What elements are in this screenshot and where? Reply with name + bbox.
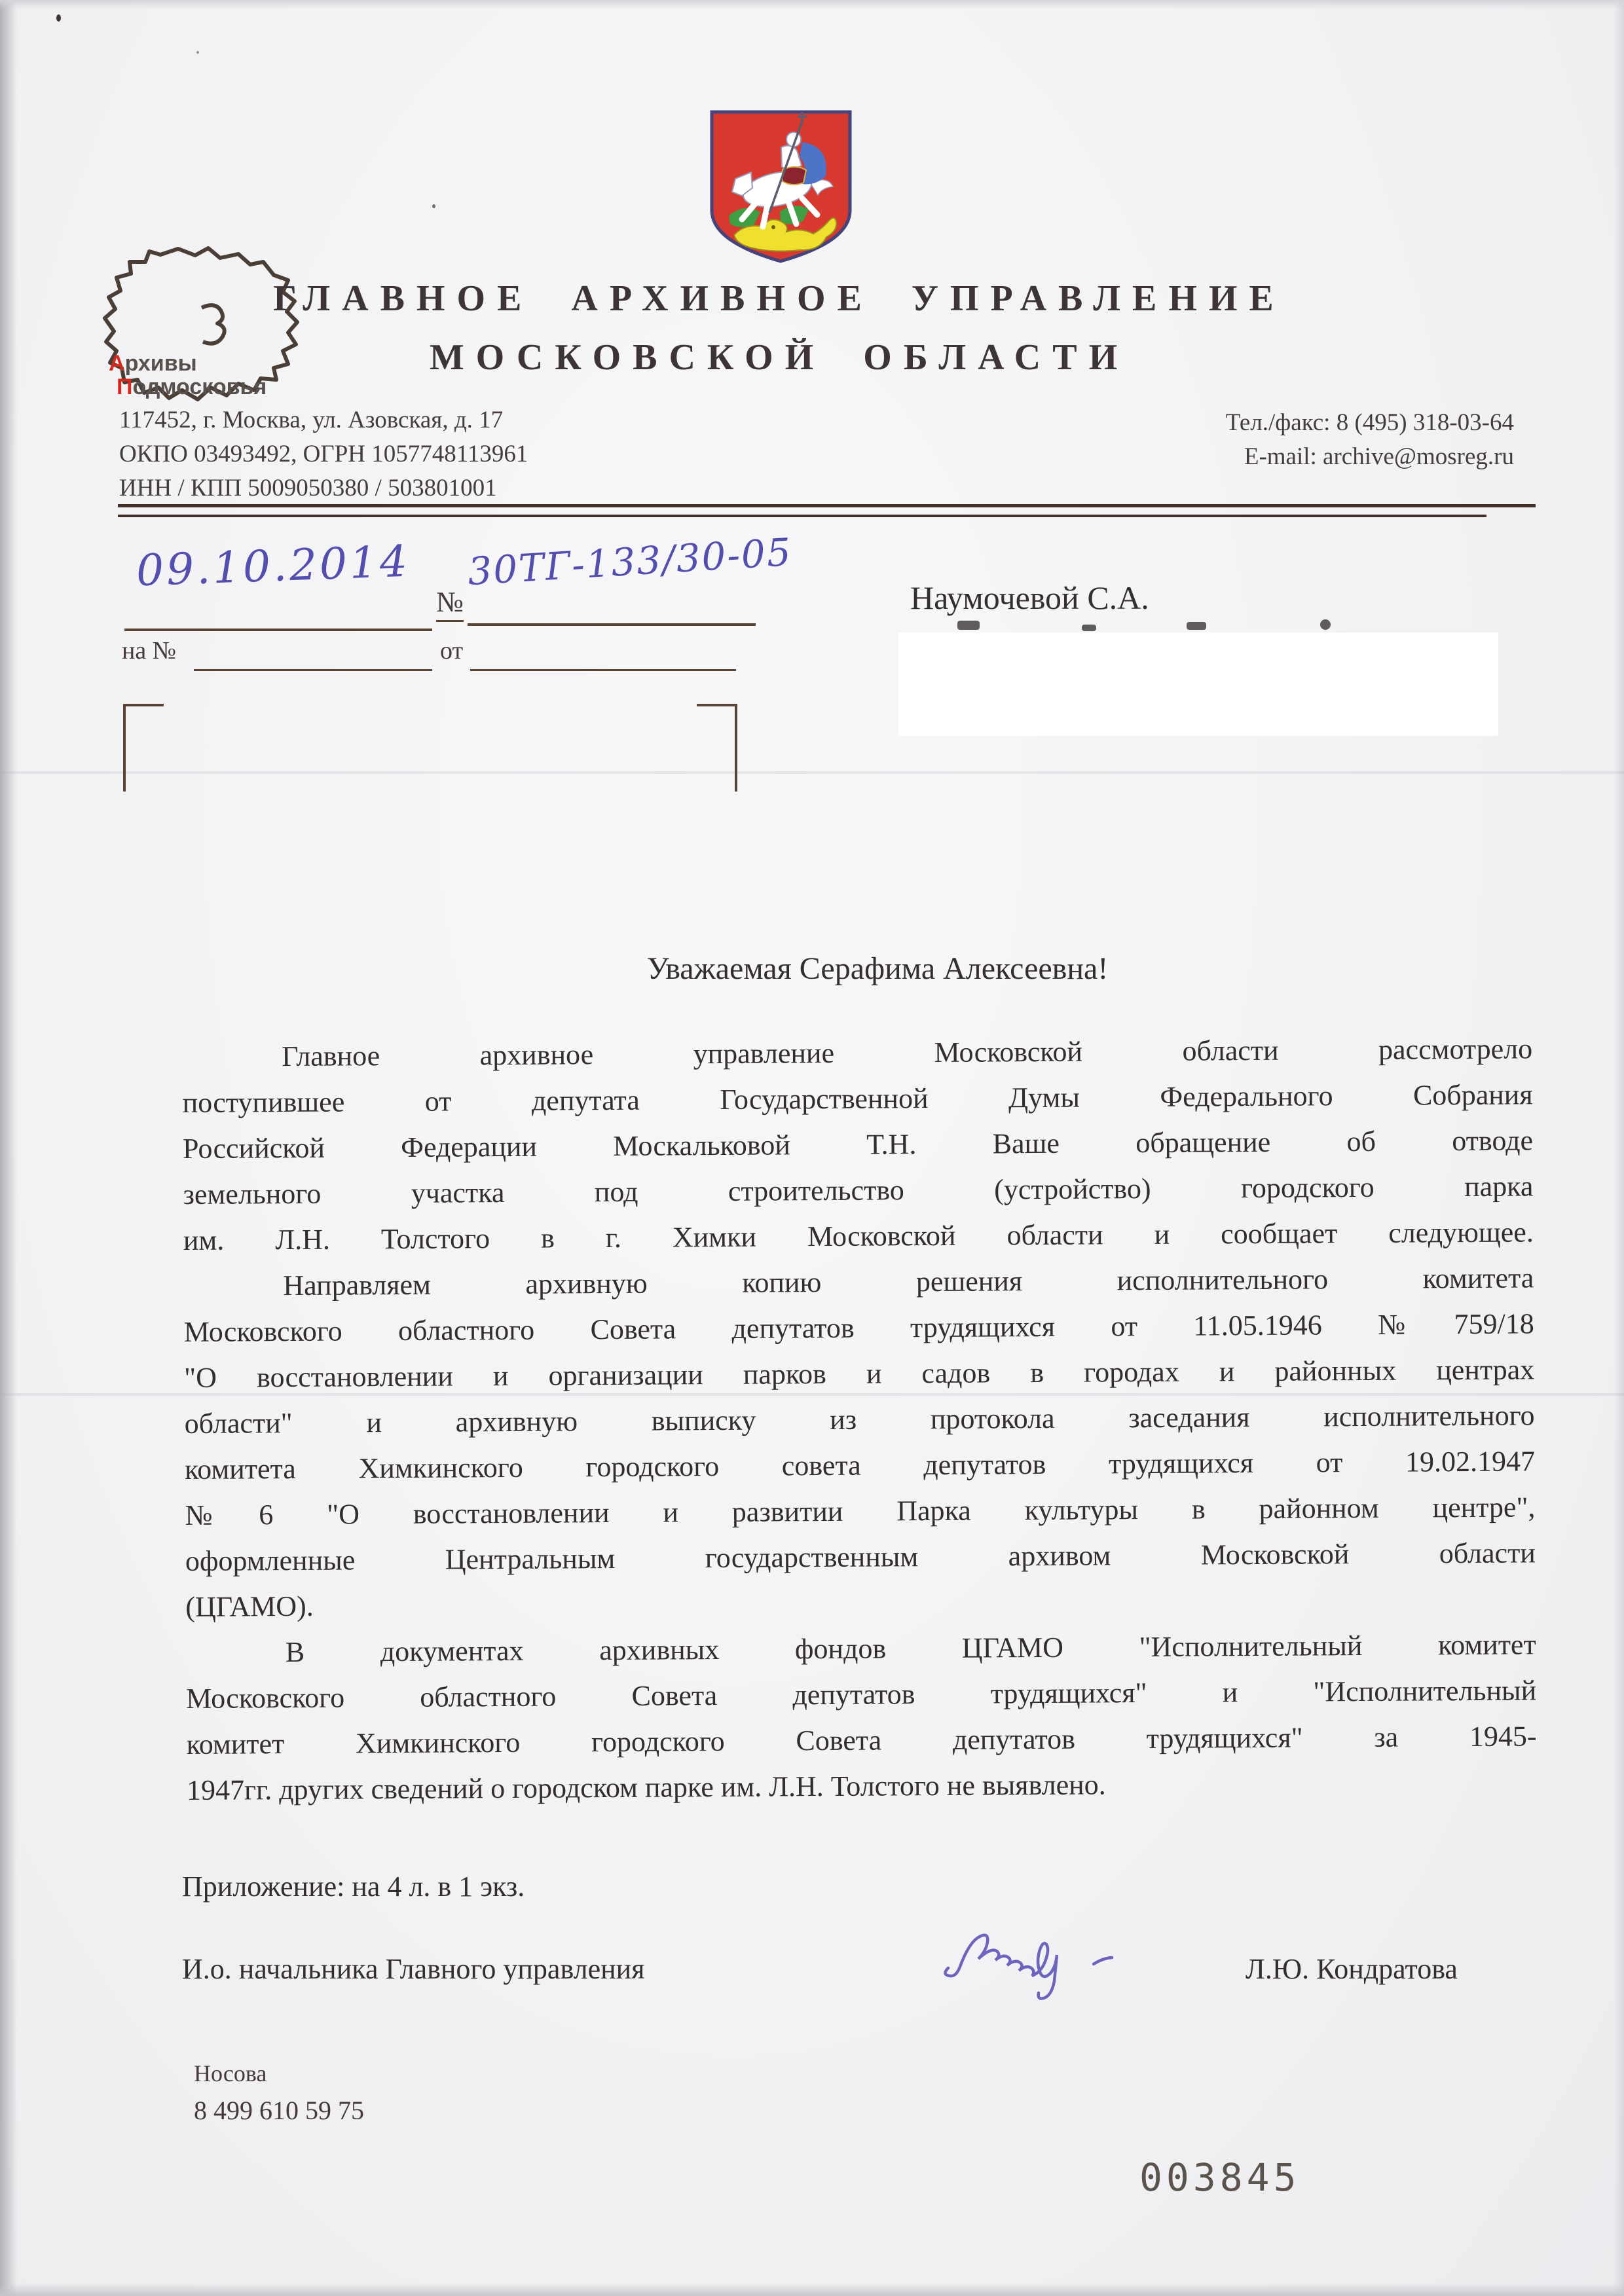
number-underline — [468, 623, 756, 626]
body-line: им. Л.Н. Толстого в г. Химки Московской … — [183, 1209, 1534, 1264]
body-line: комитета Химкинского городского совета д… — [185, 1438, 1535, 1493]
body-line: земельного участка под строительство (ус… — [183, 1163, 1533, 1218]
redaction-box — [898, 632, 1498, 736]
email-line: E-mail: archive@mosreg.ru — [982, 440, 1514, 474]
redacted-text-fragment — [1320, 619, 1331, 630]
scan-edge-shadow-top — [0, 0, 1624, 9]
stamp-number: 003845 — [1139, 2155, 1301, 2200]
body-line: области" и архивную выписку из протокола… — [184, 1393, 1534, 1447]
letter-body: Главное архивное управление Московской о… — [182, 1026, 1537, 1813]
coat-of-arms-icon — [704, 107, 858, 265]
redacted-text-fragment — [1187, 622, 1206, 630]
in-reply-to-label: на № — [122, 636, 176, 665]
body-line: Российской Федерации Москальковой Т.Н. В… — [183, 1118, 1533, 1172]
body-line: Направляем архивную копию решения исполн… — [183, 1255, 1534, 1309]
logo-word-archives: Архивы — [109, 352, 197, 374]
body-line: Московского областного Совета депутатов … — [184, 1301, 1534, 1355]
body-line: поступившее от депутата Государственной … — [182, 1072, 1532, 1126]
scan-edge-shadow-bottom — [0, 2283, 1624, 2296]
body-line: комитет Химкинского городского Совета де… — [186, 1713, 1536, 1768]
body-line: В документах архивных фондов ЦГАМО "Испо… — [186, 1622, 1536, 1676]
signer-title: И.о. начальника Главного управления — [182, 1952, 644, 1986]
address-line: 117452, г. Москва, ул. Азовская, д. 17 — [119, 403, 528, 437]
salutation: Уважаемая Серафима Алексеевна! — [367, 951, 1388, 987]
executor-name: Носова — [194, 2060, 267, 2087]
body-line: Московского областного Совета депутатов … — [186, 1667, 1536, 1722]
org-name-line2: МОСКОВСКОЙ ОБЛАСТИ — [236, 337, 1323, 378]
body-line: оформленные Центральным государственным … — [185, 1530, 1536, 1584]
body-line: Главное архивное управление Московской о… — [182, 1026, 1532, 1080]
executor-phone: 8 499 610 59 75 — [194, 2095, 364, 2126]
address-line: ИНН / КПП 5009050380 / 503801001 — [119, 471, 528, 505]
scan-edge-shadow-right — [1614, 0, 1624, 2296]
recipient-name: Наумочевой С.А. — [910, 579, 1149, 617]
scan-speck — [432, 204, 435, 208]
body-line: 1947гг. других сведений о городском парк… — [187, 1759, 1537, 1813]
scanned-letter-page: Архивы Подмосковья ГЛАВНОЕ АРХИВНОЕ УПРА… — [0, 0, 1624, 2296]
paper-fold-crease — [0, 771, 1624, 774]
scan-speck — [56, 14, 61, 22]
signer-name: Л.Ю. Кондратова — [1246, 1952, 1458, 1986]
header-rule-top — [118, 504, 1536, 507]
org-contact-block: Тел./факс: 8 (495) 318-03-64 E-mail: arc… — [982, 406, 1514, 474]
phone-line: Тел./факс: 8 (495) 318-03-64 — [982, 406, 1514, 440]
handwritten-signature-icon — [936, 1917, 1139, 2002]
logo-initial: А — [109, 351, 125, 376]
address-line: ОКПО 03493492, ОГРН 1057748113961 — [119, 437, 528, 471]
scan-edge-shadow-left — [0, 0, 17, 2296]
scan-speck — [196, 51, 199, 54]
address-corner-mark-right — [697, 704, 737, 792]
redacted-text-fragment — [1082, 625, 1096, 631]
number-label: № — [436, 585, 464, 622]
org-name-line1: ГЛАВНОЕ АРХИВНОЕ УПРАВЛЕНИЕ — [236, 278, 1323, 319]
attachment-note: Приложение: на 4 л. в 1 экз. — [182, 1870, 525, 1903]
logo-word-podmoskovya: Подмосковья — [117, 376, 267, 398]
redacted-text-fragment — [957, 621, 980, 630]
logo-initial: П — [117, 374, 132, 399]
in-reply-from-label: от — [440, 636, 463, 665]
handwritten-number: 30ТГ-133/30-05 — [466, 530, 793, 594]
body-line: "О восстановлении и организации парков и… — [184, 1347, 1534, 1401]
in-reply-number-line — [194, 669, 432, 671]
date-underline — [124, 629, 432, 631]
in-reply-date-line — [470, 669, 736, 671]
handwritten-date: 09.10.2014 — [136, 536, 411, 596]
body-line: №6 "О восстановлении и развитии Парка ку… — [185, 1484, 1535, 1539]
address-corner-mark-left — [123, 704, 164, 792]
body-line: (ЦГАМО). — [185, 1576, 1536, 1630]
header-rule-bottom — [118, 515, 1486, 517]
org-address-block: 117452, г. Москва, ул. Азовская, д. 17 О… — [119, 403, 528, 505]
